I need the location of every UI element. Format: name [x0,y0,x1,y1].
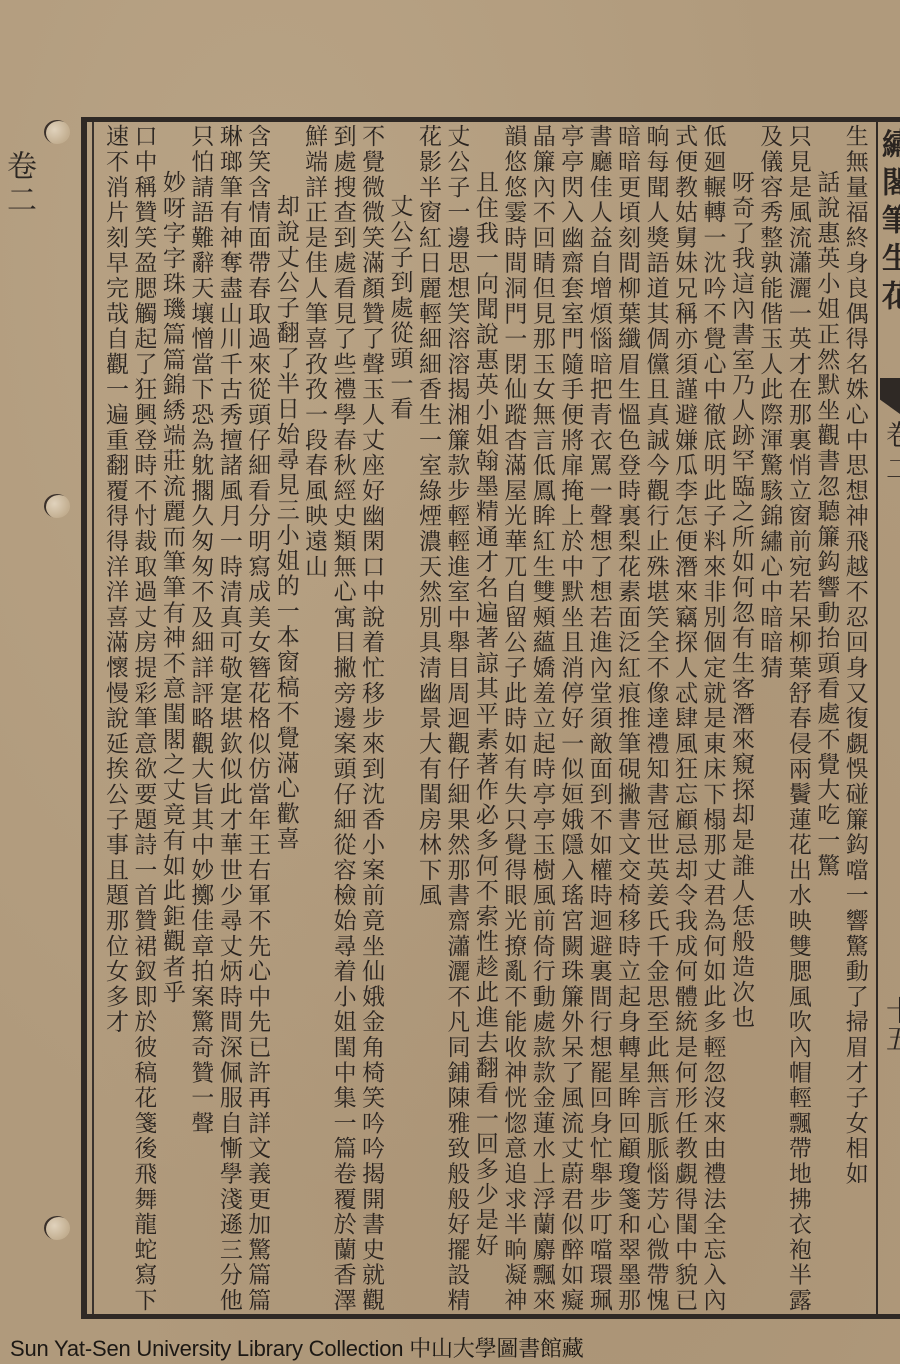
text-column: 丈公子到處從頭一看 [387,124,413,1312]
previous-page-fragment: 卷二 [0,150,40,218]
text-column: 韻悠悠霎時間洞門一閉仙蹤杳滿屋光華兀自留公子此時如有失只覺得眼光撩亂不能收神恍惚… [500,124,526,1312]
text-column: 晶簾內不回睛但見那玉女無言低鳳眸紅生雙頰蘊嬌羞立起時亭亭玉樹風前倚行動處款款金蓮… [529,124,555,1312]
text-column: 暗暗更頃刻間柳葉纖眉生慍色登時裏梨花素面泛紅痕推筆硯撇書文交椅移時立起身轉星眸回… [614,124,640,1312]
text-body: 生無量福終身良偶得名姝心中思想神飛越不忍回身又復覷悞碰簾鈎噹一響驚動了掃眉才子女… [96,122,874,1314]
text-column: 含笑含情面帶春取過來從頭仔細看分明寫成美女簪花格似仿當年王右軍不先心中先已許再詳… [244,124,270,1312]
text-column: 速不消片刻早完哉自觀一遍重翻覆得得洋洋喜滿懷慢說延挨公子事且題那位女多才 [102,124,128,1312]
fishtail-mark-icon [880,378,900,414]
text-column: 却說丈公子翻了半日始尋見三小姐的一本窗稿不覺滿心歡喜 [273,124,299,1312]
text-column: 式便教姑舅妹兄稱亦須謹避嫌瓜李怎便潛來竊探人忒肆風狂忘顧忌却令我成何體統是何形任… [671,124,697,1312]
binding-hole-lower [44,1216,70,1240]
banxin-margin: 繡閣筆生花 卷二 十五 [880,128,900,1308]
text-column: 妙呀字字珠璣篇篇錦綉端莊流麗而筆筆有神不意閨閣之丈竟有如此鉅觀者乎 [159,124,185,1312]
frame-inner-rule [92,122,94,1314]
text-column: 只怕請語難辭天壤憎當下恐為躭擱久匆匆不及細詳評略觀大旨其中妙擲佳章拍案驚奇贊一聲 [187,124,213,1312]
book-title: 繡閣筆生花 [878,128,900,318]
text-column: 且住我一向聞說惠英小姐翰墨精通才名遍著諒其平素著作必多何不索性趁此進去翻看一回多… [472,124,498,1312]
text-column: 低廻輾轉一沈吟不覺心中徹底明此子料來非別個定就是東床下榻那丈君為何如此多輕忽沒來… [700,124,726,1312]
text-column: 不覺微微笑滿顏贊了聲玉人丈座好幽閑口中說着忙移步來到沈香小案前竟坐仙娥金角椅笑吟… [358,124,384,1312]
binding-hole-top [44,120,70,144]
volume-label: 卷二 [878,420,900,488]
text-column: 丈公子一邊思想笑溶溶揭湘簾款步輕輕進室中舉目周迴觀仔細果然那書齋瀟灑不凡同鋪陳雅… [443,124,469,1312]
binding-hole-upper [44,494,70,518]
text-column: 琳瑯筆有神奪盡山川千古秀擅諸風月一時清真可敬寔堪欽似此才華世少尋丈炳時間深佩服自… [216,124,242,1312]
text-column: 花影半窗紅日麗輕細細香生一室綠煙濃天然別具清幽景大有閨房林下風 [415,124,441,1312]
text-column: 鮮端詳正是佳人筆喜孜孜一段春風映遠山 [301,124,327,1312]
text-column: 書廳佳人益自增煩惱暗把青衣罵一聲想了想若進內堂須敵面到不如權時迴避裏間行想罷回身… [586,124,612,1312]
page-number: 十五 [878,996,900,1052]
text-column: 亭亭閃入幽齋套室門隨手便將扉掩上於中默坐且消停好一似姮娥隱入瑤宮闕珠簾外呆了風流… [557,124,583,1312]
text-column: 晌每聞人獎語道其倜儻且真誠今觀行止殊堪笑全不像達禮知書冠世英姜氏千金思至此無言脈… [643,124,669,1312]
text-column: 只見是風流瀟灑一英才在那裏悄立窗前宛若呆柳葉舒春侵兩鬢蓮花出水映雙腮風吹內帽輕飄… [785,124,811,1312]
text-column: 生無量福終身良偶得名姝心中思想神飛越不忍回身又復覷悞碰簾鈎噹一響驚動了掃眉才子女… [842,124,868,1312]
text-column: 口中稱贊笑盈腮觸起了狂興登時不忖裁取過丈房提彩筆意欲要題詩一首贊裙釵即於彼稿花箋… [130,124,156,1312]
text-column: 呀奇了我這內書室乃人跡罕臨之所如何忽有生客潛來窺探却是誰人恁般造次也 [728,124,754,1312]
text-column: 及儀容秀整孰能偕玉人此際渾驚駭錦繡心中暗暗猜 [756,124,782,1312]
collection-caption: Sun Yat-Sen University Library Collectio… [10,1332,584,1363]
text-column: 話說惠英小姐正然默坐觀書忽聽簾鈎響動抬頭看處不覺大吃一驚 [813,124,839,1312]
text-column: 到處搜查到處看見了些禮學春秋經史類無心寓目撇旁邊案頭仔細從容檢始尋着小姐閨中集一… [330,124,356,1312]
